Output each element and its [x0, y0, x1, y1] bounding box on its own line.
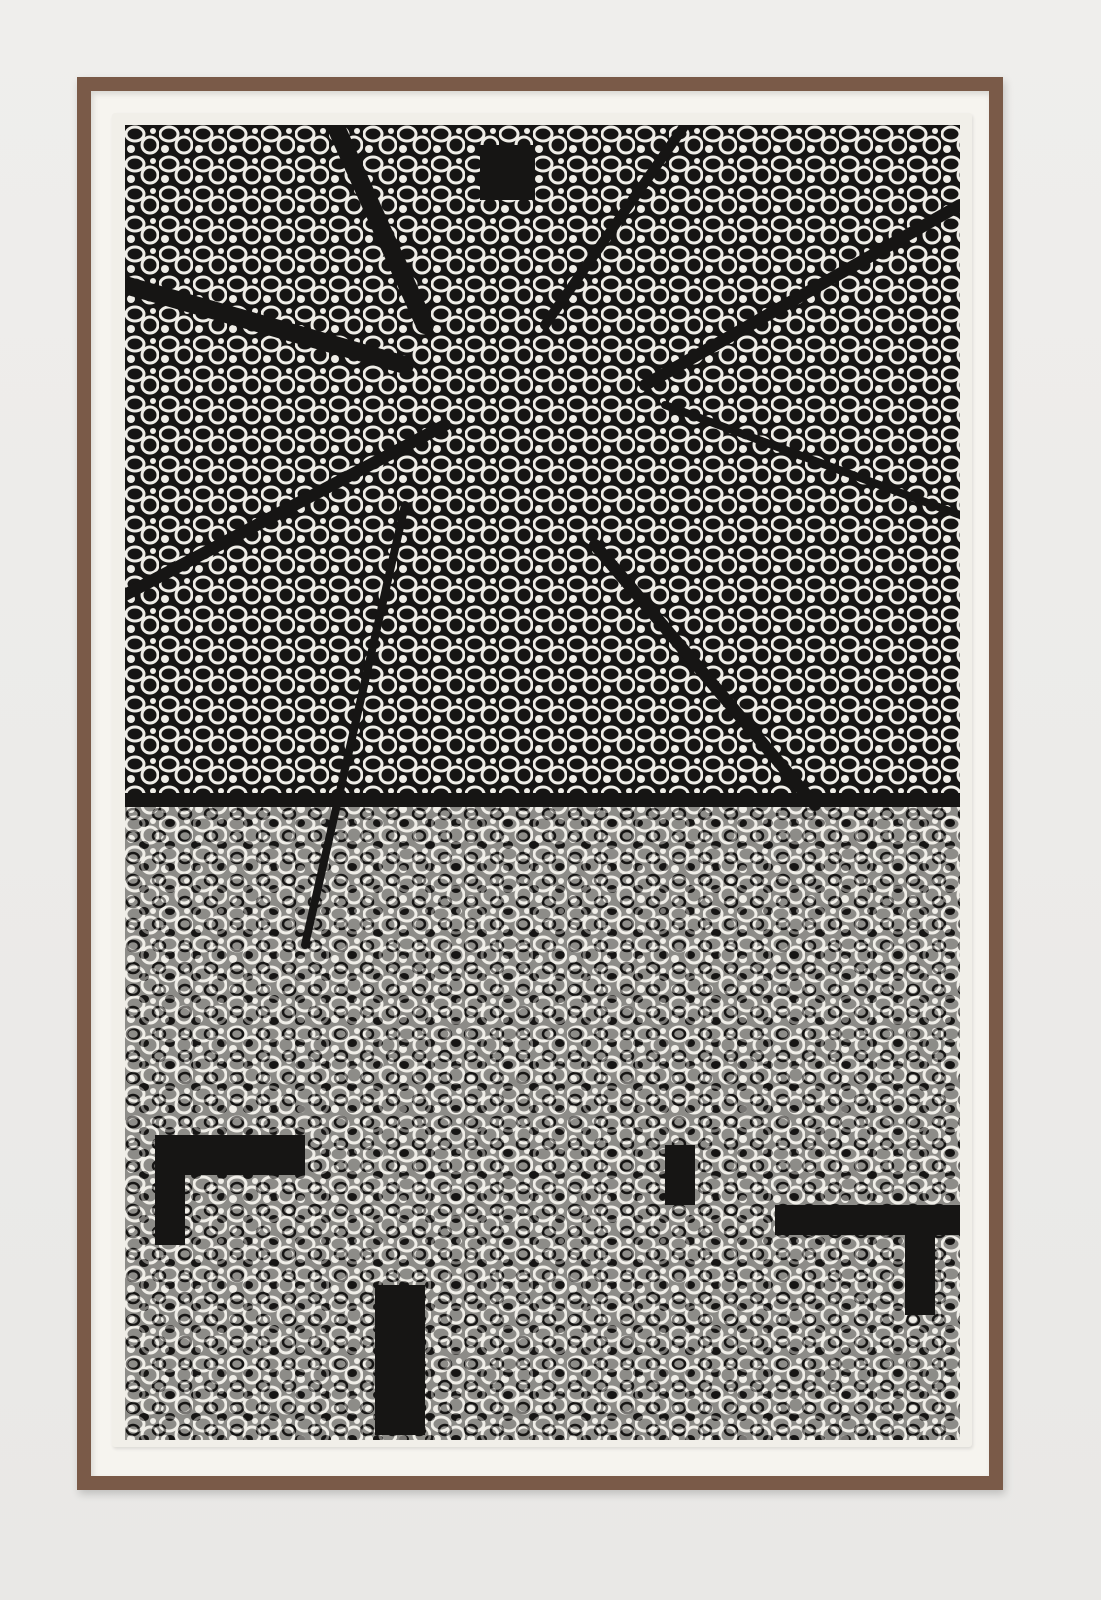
paper-sheet	[112, 113, 972, 1447]
wooden-frame	[77, 77, 1003, 1490]
mat-board	[91, 91, 989, 1476]
ink-artwork	[125, 125, 960, 1440]
artwork-image	[125, 125, 960, 1440]
